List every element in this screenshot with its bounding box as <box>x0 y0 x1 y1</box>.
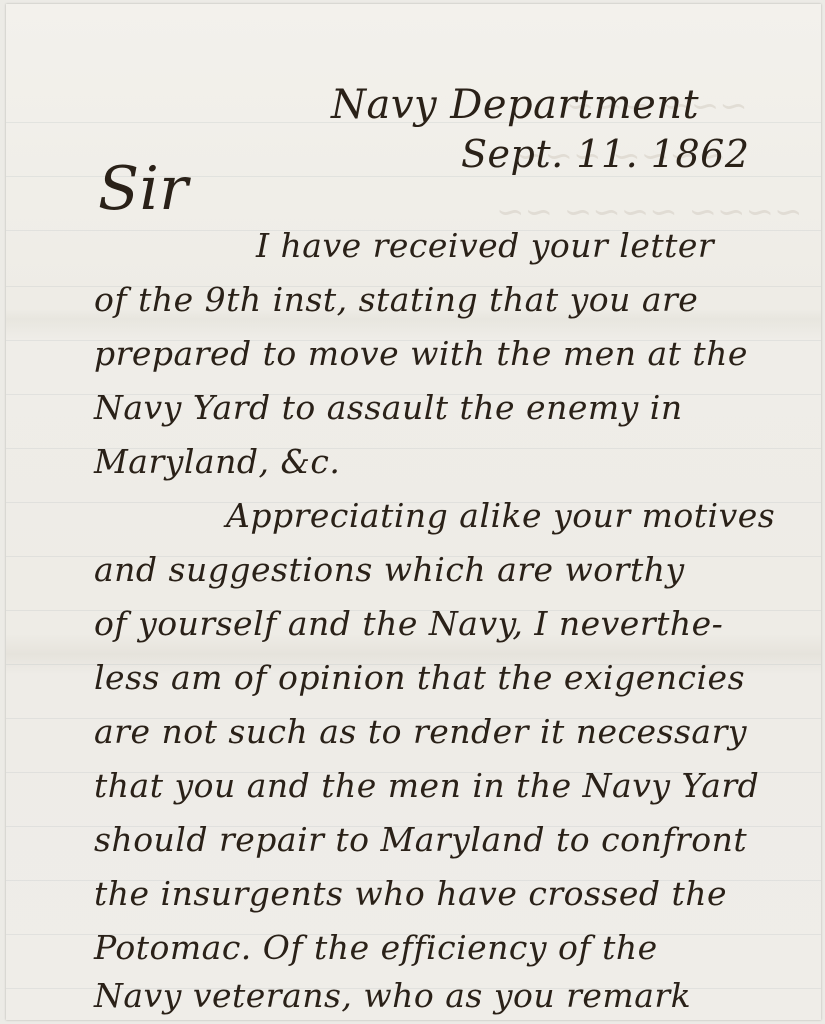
letter-page: ~~~ ~~~ ~~~~ ~~~ ~~~~ ~~~~ ~~ Navy Depar… <box>6 4 821 1020</box>
body-line: Potomac. Of the efficiency of the <box>94 928 658 967</box>
body-line: of yourself and the Navy, I neverthe- <box>94 604 723 643</box>
body-line: Navy Yard to assault the enemy in <box>94 388 683 427</box>
body-line: Maryland, &c. <box>94 442 340 481</box>
body-line: prepared to move with the men at the <box>94 334 748 373</box>
body-line: Appreciating alike your motives <box>226 496 775 535</box>
letter-date: Sept. 11. 1862 <box>461 132 750 176</box>
body-line: are not such as to render it necessary <box>94 712 747 751</box>
body-line: I have received your letter <box>256 226 714 265</box>
body-line: that you and the men in the Navy Yard <box>94 766 759 805</box>
body-line: Navy veterans, who as you remark <box>94 976 691 1015</box>
body-line: of the 9th inst, stating that you are <box>94 280 698 319</box>
body-line: should repair to Maryland to confront <box>94 820 747 859</box>
body-line: and suggestions which are worthy <box>94 550 685 589</box>
letterhead: Navy Department <box>331 82 699 128</box>
salutation: Sir <box>98 154 188 224</box>
body-line: the insurgents who have crossed the <box>94 874 727 913</box>
body-line: less am of opinion that the exigencies <box>94 658 745 697</box>
